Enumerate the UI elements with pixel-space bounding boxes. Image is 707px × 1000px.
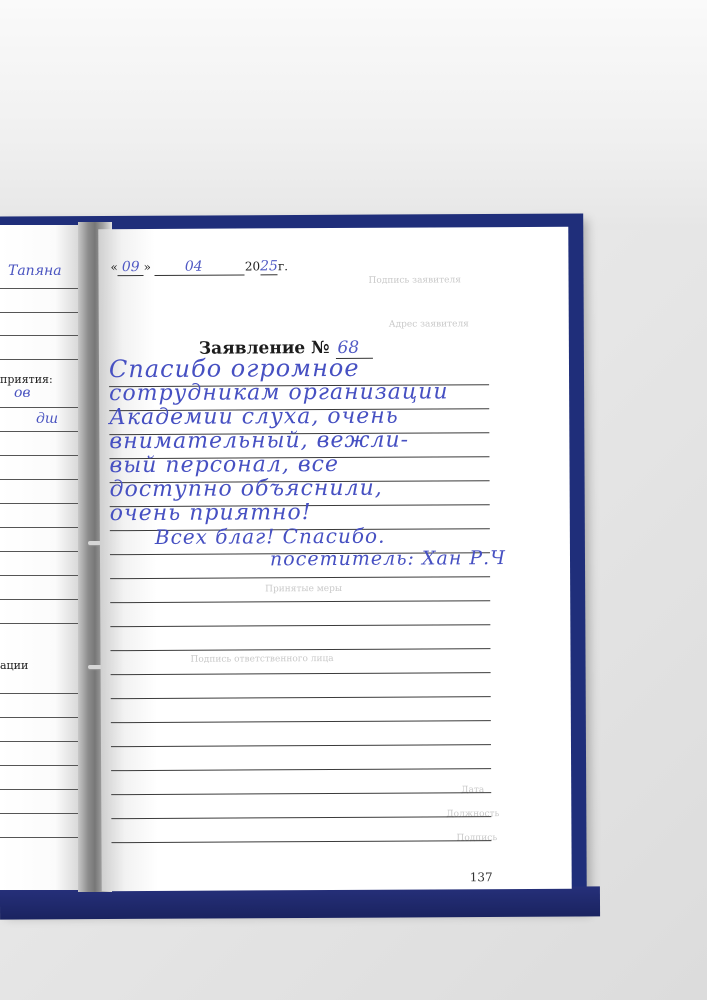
date-year-abbrev: г. <box>278 259 288 273</box>
handwritten-signature: посетитель: Хан Р.Ч <box>270 547 506 570</box>
ruled-line <box>111 768 491 771</box>
left-rule <box>0 599 78 600</box>
left-rule <box>0 479 78 480</box>
left-handwritten-text: ов <box>14 385 31 401</box>
ruled-line <box>111 816 491 819</box>
handwritten-line-6: доступно объяснили, <box>110 476 383 502</box>
left-rule <box>0 359 78 360</box>
ghost-text: Должность <box>446 809 499 819</box>
ghost-text: Дата <box>461 785 484 795</box>
left-rule <box>0 837 78 838</box>
left-rule <box>0 551 78 552</box>
date-quote-close: » <box>144 260 151 274</box>
left-printed-label: ации <box>0 659 28 672</box>
handwritten-line-5: вый персонал, все <box>109 452 339 478</box>
ruled-line <box>111 672 491 675</box>
date-year-suffix: 25 <box>260 258 278 275</box>
ghost-text: Принятые меры <box>265 584 342 594</box>
ruled-line <box>111 792 491 795</box>
left-rule <box>0 455 78 456</box>
background-surface <box>0 0 707 230</box>
ruled-line <box>111 696 491 699</box>
date-field: «09» 042025г. <box>110 258 288 276</box>
left-rule <box>0 527 78 528</box>
handwritten-line-8: Всех благ! Спасибо. <box>155 524 386 549</box>
left-rule <box>0 765 78 766</box>
ghost-text: Подпись заявителя <box>369 275 461 285</box>
left-rule <box>0 789 78 790</box>
ruled-line <box>110 648 490 651</box>
left-handwritten-name: Тапяна <box>8 263 62 279</box>
date-month: 04 <box>155 258 245 275</box>
page-number: 137 <box>470 870 493 884</box>
ghost-text: Подпись ответственного лица <box>190 654 333 665</box>
handwritten-line-1: Спасибо огромное <box>109 354 360 383</box>
left-rule <box>0 693 78 694</box>
handwritten-line-2: сотрудникам организации <box>109 379 449 406</box>
handwritten-line-7: очень приятно! <box>110 500 312 526</box>
ghost-text: Адрес заявителя <box>389 319 469 329</box>
left-rule <box>0 288 78 289</box>
left-rule <box>0 813 78 814</box>
left-rule <box>0 431 78 432</box>
left-rule <box>0 407 78 408</box>
left-rule <box>0 503 78 504</box>
left-handwritten-text: дш <box>36 411 58 427</box>
ruled-line <box>111 744 491 747</box>
ghost-text: Подпись <box>456 833 497 843</box>
right-page: «09» 042025г. Подпись заявителя Адрес за… <box>98 227 571 891</box>
left-rule <box>0 335 78 336</box>
ruled-line <box>110 600 490 603</box>
ruled-line <box>111 720 491 723</box>
left-rule <box>0 741 78 742</box>
ruled-line <box>110 576 490 579</box>
date-year-prefix: 20 <box>245 259 260 273</box>
handwritten-line-3: Академии слуха, очень <box>109 404 399 431</box>
left-rule <box>0 312 78 313</box>
left-rule <box>0 623 78 624</box>
handwritten-line-4: внимательный, вежли- <box>109 428 409 455</box>
ruled-line <box>111 840 491 843</box>
left-rule <box>0 717 78 718</box>
date-day: 09 <box>118 259 144 276</box>
ruled-line <box>110 624 490 627</box>
left-rule <box>0 575 78 576</box>
